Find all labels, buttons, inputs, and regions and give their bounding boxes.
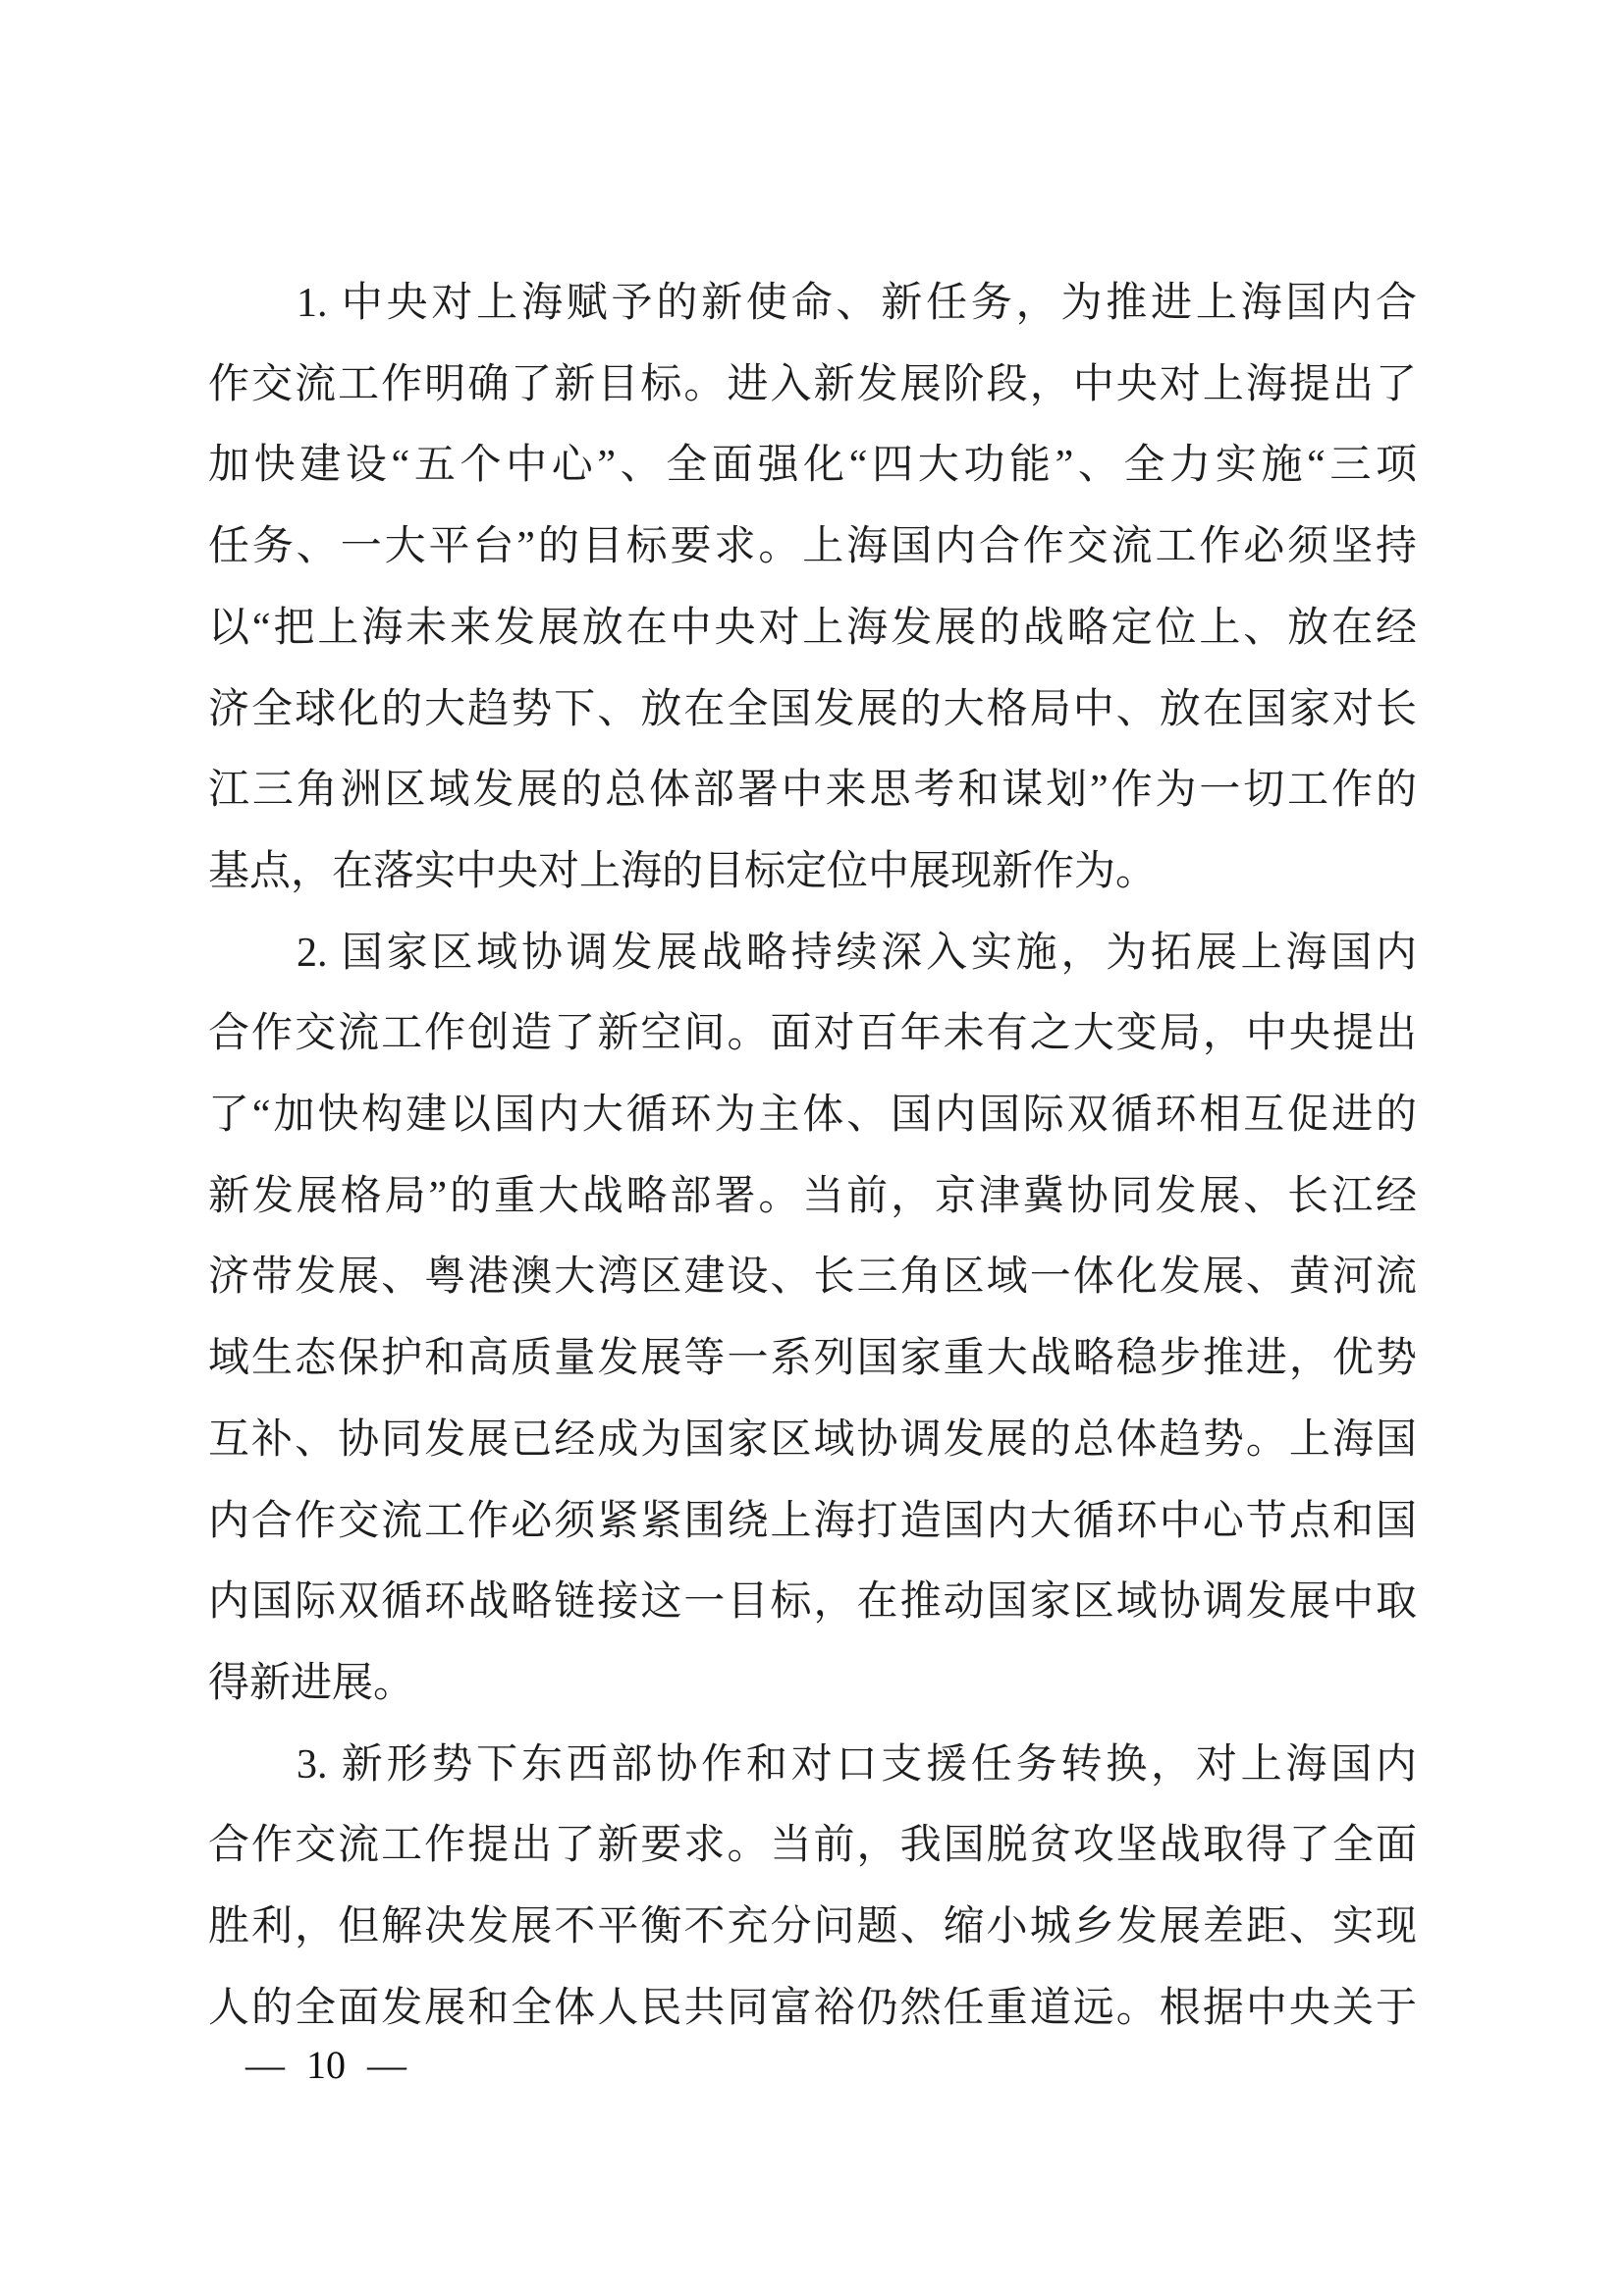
- page-number-value: 10: [306, 2044, 346, 2087]
- text-line: 1. 中央对上海赋予的新使命、新任务，为推进上海国内合: [208, 263, 1417, 345]
- text-line: 济带发展、粤港澳大湾区建设、长三角区域一体化发展、黄河流: [208, 1237, 1417, 1318]
- text-line: 了“加快构建以国内大循环为主体、国内国际双循环相互促进的: [208, 1075, 1417, 1156]
- text-line: 济全球化的大趋势下、放在全国发展的大格局中、放在国家对长: [208, 669, 1417, 751]
- text-line: 新发展格局”的重大战略部署。当前，京津冀协同发展、长江经: [208, 1156, 1417, 1238]
- document-page: 1. 中央对上海赋予的新使命、新任务，为推进上海国内合作交流工作明确了新目标。进…: [0, 0, 1624, 2296]
- text-line: 合作交流工作提出了新要求。当前，我国脱贫攻坚战取得了全面: [208, 1805, 1417, 1887]
- text-line: 江三角洲区域发展的总体部署中来思考和谋划”作为一切工作的: [208, 750, 1417, 831]
- text-line: 得新进展。: [208, 1643, 1417, 1725]
- text-line: 2. 国家区域协调发展战略持续深入实施，为拓展上海国内: [208, 913, 1417, 994]
- text-line: 域生态保护和高质量发展等一系列国家重大战略稳步推进，优势: [208, 1318, 1417, 1400]
- page-number-dash-right: —: [367, 2044, 406, 2087]
- text-line: 任务、一大平台”的目标要求。上海国内合作交流工作必须坚持: [208, 507, 1417, 588]
- text-line: 内合作交流工作必须紧紧围绕上海打造国内大循环中心节点和国: [208, 1481, 1417, 1563]
- text-line: 胜利，但解决发展不平衡不充分问题、缩小城乡发展差距、实现: [208, 1887, 1417, 1968]
- text-line: 内国际双循环战略链接这一目标，在推动国家区域协调发展中取: [208, 1562, 1417, 1643]
- text-line: 3. 新形势下东西部协作和对口支援任务转换，对上海国内: [208, 1725, 1417, 1806]
- text-line: 合作交流工作创造了新空间。面对百年未有之大变局，中央提出: [208, 993, 1417, 1075]
- document-body: 1. 中央对上海赋予的新使命、新任务，为推进上海国内合作交流工作明确了新目标。进…: [208, 263, 1417, 2049]
- text-line: 互补、协同发展已经成为国家区域协调发展的总体趋势。上海国: [208, 1400, 1417, 1481]
- text-line: 以“把上海未来发展放在中央对上海发展的战略定位上、放在经: [208, 588, 1417, 669]
- page-number-dash-left: —: [245, 2044, 285, 2087]
- text-line: 基点，在落实中央对上海的目标定位中展现新作为。: [208, 831, 1417, 913]
- text-line: 加快建设“五个中心”、全面强化“四大功能”、全力实施“三项: [208, 425, 1417, 507]
- page-number: — 10 —: [245, 2044, 406, 2087]
- text-line: 人的全面发展和全体人民共同富裕仍然任重道远。根据中央关于: [208, 1968, 1417, 2050]
- text-line: 作交流工作明确了新目标。进入新发展阶段，中央对上海提出了: [208, 345, 1417, 426]
